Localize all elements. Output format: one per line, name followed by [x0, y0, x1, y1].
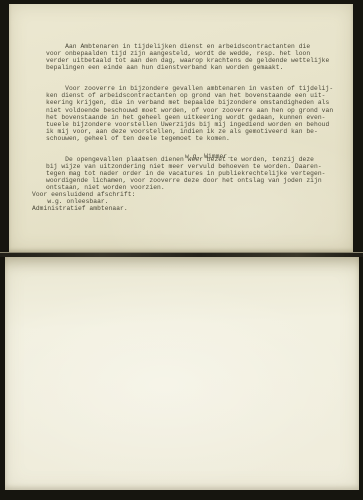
certification-block: Voor eensluidend afschrift: w.g. onleesb… [32, 191, 135, 212]
signature: w.g. Wimmer. [185, 153, 231, 160]
paragraph-2: Voor zooverre in bijzondere gevallen amb… [46, 85, 342, 141]
letter-body: Aan Ambtenaren in tijdelijken dienst en … [46, 29, 342, 205]
letter-page-top-half: Aan Ambtenaren in tijdelijken dienst en … [9, 4, 353, 252]
scanned-document: Aan Ambtenaren in tijdelijken dienst en … [0, 0, 363, 500]
letter-page-bottom-half [5, 257, 359, 490]
paragraph-3: De opengevallen plaatsen dienen weer bez… [46, 156, 342, 191]
paragraph-1: Aan Ambtenaren in tijdelijken dienst en … [46, 43, 342, 71]
